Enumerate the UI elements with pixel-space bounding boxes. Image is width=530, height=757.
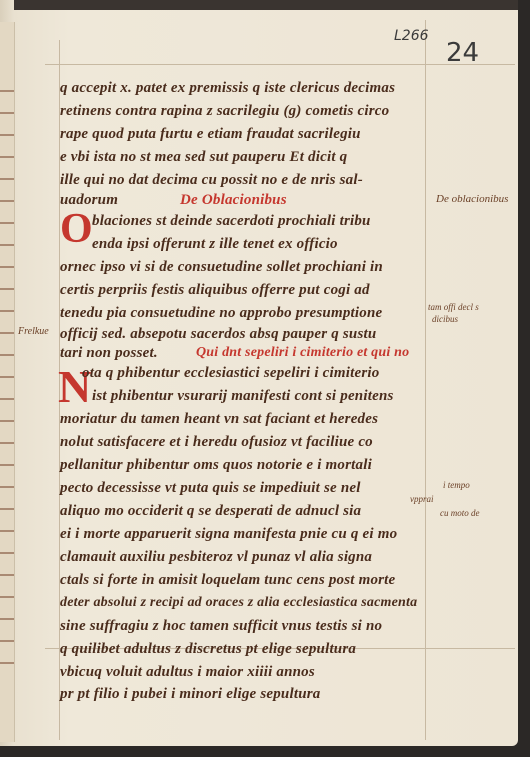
text-line: deter absolui z recipi ad oraces z alia … [60, 595, 417, 611]
text-line: pellanitur phibentur oms quos notorie e … [60, 457, 372, 474]
marginal-note: Frelkue [18, 326, 49, 337]
text-line: e vbi ista no st mea sed sut pauperu Et … [60, 149, 347, 166]
text-line: retinens contra rapina z sacrilegiu (g) … [60, 103, 389, 120]
text-line: q quilibet adultus z discretus pt elige … [60, 641, 356, 658]
text-line: ornec ipso vi si de consuetudine sollet … [60, 259, 383, 276]
page-number: 24 [446, 38, 479, 68]
text-line: enda ipsi offerunt z ille tenet ex offic… [92, 236, 338, 253]
text-line: ist phibentur vsurarij manifesti cont si… [92, 388, 394, 405]
marginal-note: vpprai [410, 494, 434, 504]
text-line: clamauit auxiliu pesbiteroz vl punaz vl … [60, 549, 372, 566]
text-line: officij sed. absepotu sacerdos absq paup… [60, 326, 376, 343]
text-line: sine suffragiu z hoc tamen sufficit vnus… [60, 618, 382, 635]
text-line: ota q phibentur ecclesiastici sepeliri i… [82, 365, 379, 382]
top-shadow [14, 0, 518, 10]
ruling-right [425, 20, 426, 740]
text-line: pr pt filio i pubei i minori elige sepul… [60, 686, 321, 703]
rubric-heading: Qui dnt sepeliri i cimiterio et qui no [196, 345, 409, 361]
text-line: q accepit x. patet ex premissis q iste c… [60, 80, 395, 97]
ruling-top [45, 64, 515, 65]
facing-page-stub [0, 22, 15, 742]
text-line: ei i morte apparuerit signa manifesta pn… [60, 526, 397, 543]
marginal-note: De oblacionibus [436, 193, 508, 205]
marginal-note: tam offi decl s [428, 302, 479, 312]
text-line: certis perpriis festis aliquibus offerre… [60, 282, 370, 299]
text-line: ille qui no dat decima cu possit no e de… [60, 172, 363, 189]
text-line: vbicuq voluit adultus i maior xiiii anno… [60, 664, 315, 681]
text-line: moriatur du tamen heant vn sat faciant e… [60, 411, 378, 428]
text-line: aliquo mo occiderit q se desperati de ad… [60, 503, 361, 520]
text-line: tenedu pia consuetudine no approbo presu… [60, 305, 382, 322]
marginal-note: dicibus [432, 314, 458, 324]
text-line: rape quod puta furtu e etiam fraudat sac… [60, 126, 361, 143]
pencil-folio-number: L266 [394, 28, 429, 44]
text-line: nolut satisfacere et i heredu ofusioz vt… [60, 434, 373, 451]
text-line: blaciones st deinde sacerdoti prochiali … [92, 213, 371, 230]
text-line: pecto decessisse vt puta quis se impediu… [60, 480, 361, 497]
marginal-note: cu moto de [440, 508, 480, 518]
text-line: ctals si forte in amisit loquelam tunc c… [60, 572, 395, 589]
rubric-heading: De Oblacionibus [180, 192, 287, 209]
manuscript-page: L266 24 q accepit x. patet ex premissis … [0, 0, 518, 746]
decorated-initial: O [60, 205, 93, 253]
facing-page-text [0, 80, 14, 670]
marginal-note: i tempo [443, 480, 470, 490]
